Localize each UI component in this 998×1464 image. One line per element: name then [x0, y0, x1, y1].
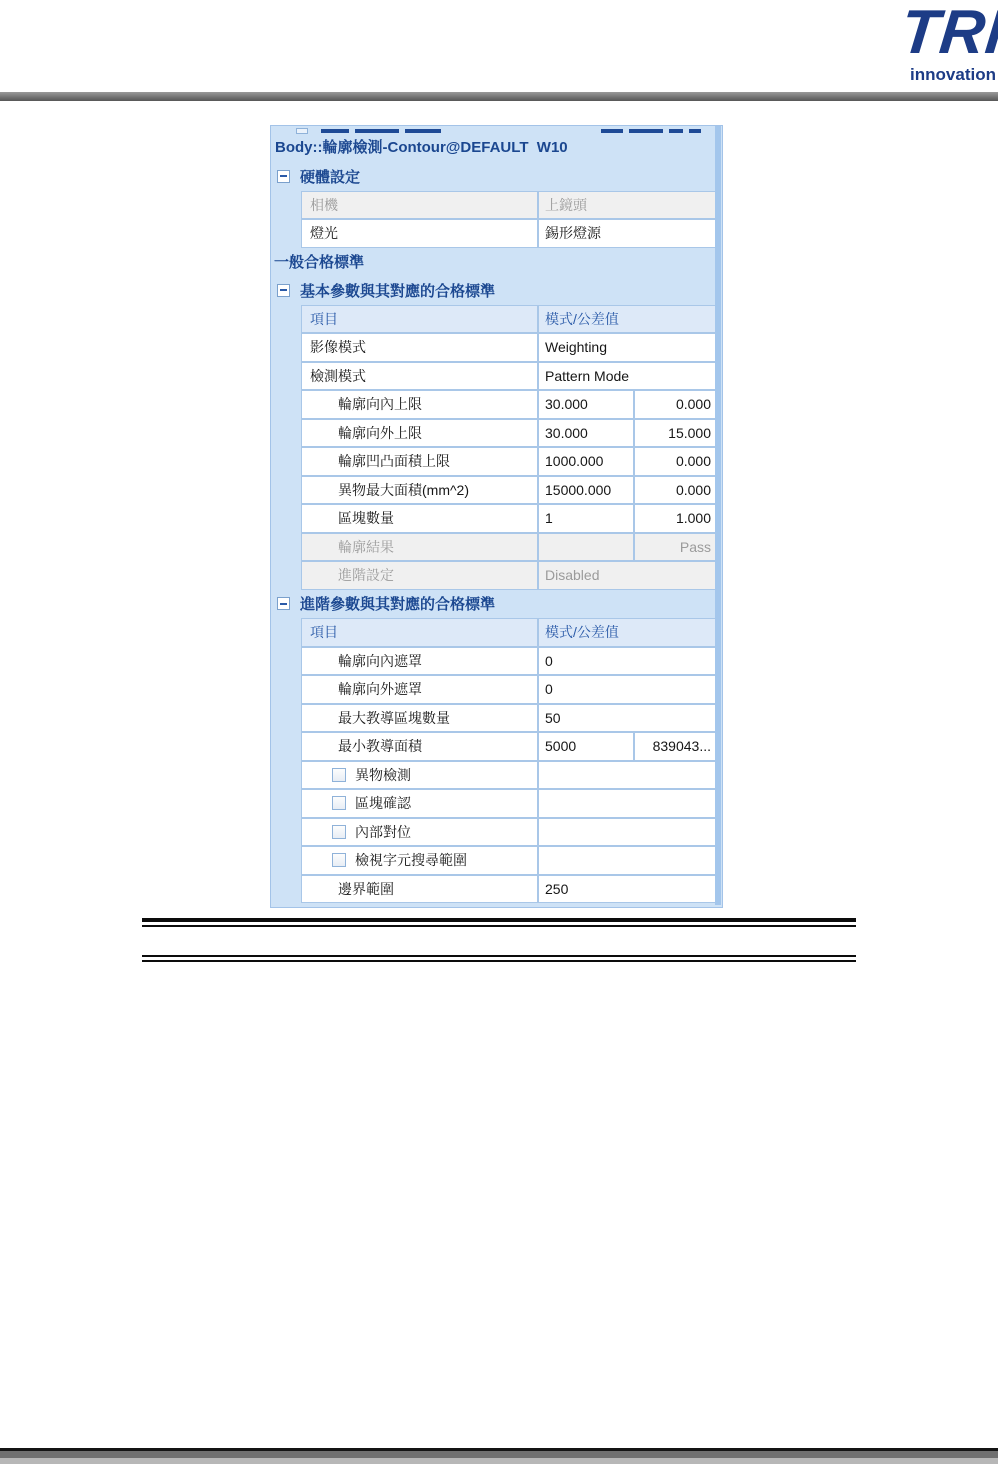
property-label: 輪廓凹凸面積上限 — [301, 447, 538, 476]
header-divider — [0, 92, 998, 101]
property-row: 異物檢測 — [271, 761, 722, 790]
property-mode-value[interactable]: 15000.000 — [538, 476, 634, 505]
property-label: 區塊數量 — [301, 504, 538, 533]
collapse-minus-icon[interactable] — [277, 597, 290, 610]
property-label: 輪廓向內遮罩 — [301, 647, 538, 676]
property-mode-value[interactable] — [538, 533, 634, 562]
section-row: 一般合格標準 — [271, 248, 722, 277]
property-label: 檢視字元搜尋範圍 — [301, 846, 538, 875]
property-mode-value[interactable]: 1 — [538, 504, 634, 533]
property-label: 影像模式 — [301, 333, 538, 362]
checkbox-unchecked[interactable] — [332, 853, 346, 867]
property-row: 輪廓向內遮罩0 — [271, 647, 722, 676]
property-value[interactable]: 50 — [538, 704, 718, 733]
property-label: 最大教導區塊數量 — [301, 704, 538, 733]
checkbox-unchecked[interactable] — [332, 768, 346, 782]
property-row: 檢測模式Pattern Mode — [271, 362, 722, 391]
column-header-value: 模式/公差值 — [538, 618, 718, 647]
property-panel: Body::輪廓檢測-Contour@DEFAULT W10 硬體設定相機上鏡頭… — [270, 125, 723, 908]
property-tolerance-value[interactable]: Pass — [634, 533, 718, 562]
property-label: 輪廓向外遮罩 — [301, 675, 538, 704]
column-header-value: 模式/公差值 — [538, 305, 718, 334]
property-value[interactable]: 上鏡頭 — [538, 191, 718, 220]
property-row: 最小教導面積5000839043... — [271, 732, 722, 761]
property-row: 燈光錫形燈源 — [271, 219, 722, 248]
property-value[interactable]: 0 — [538, 675, 718, 704]
column-header-row: 項目模式/公差值 — [271, 618, 722, 647]
checkbox-label: 異物檢測 — [355, 762, 411, 788]
section-row: 進階參數與其對應的合格標準 — [271, 590, 722, 619]
property-tolerance-value[interactable]: 839043... — [634, 732, 718, 761]
property-value[interactable] — [538, 789, 718, 818]
property-mode-value[interactable]: 5000 — [538, 732, 634, 761]
property-row: 區塊數量11.000 — [271, 504, 722, 533]
section-label: 硬體設定 — [300, 166, 360, 187]
property-value[interactable]: 0 — [538, 647, 718, 676]
document-page: TRI innovation Body::輪廓檢測-Contour@DEFAUL… — [0, 0, 998, 1464]
property-row: 輪廓向外遮罩0 — [271, 675, 722, 704]
property-mode-value[interactable]: 30.000 — [538, 390, 634, 419]
table-border-top — [142, 918, 856, 927]
property-value[interactable]: 250 — [538, 875, 718, 904]
property-row: 輪廓結果Pass — [271, 533, 722, 562]
property-label: 異物檢測 — [301, 761, 538, 790]
checkbox-label: 區塊確認 — [355, 790, 411, 816]
property-tolerance-value[interactable]: 0.000 — [634, 476, 718, 505]
property-value[interactable] — [538, 818, 718, 847]
property-row: 最大教導區塊數量50 — [271, 704, 722, 733]
collapse-minus-icon[interactable] — [277, 284, 290, 297]
property-label: 輪廓向內上限 — [301, 390, 538, 419]
property-label: 異物最大面積(mm^2) — [301, 476, 538, 505]
clipped-row — [271, 126, 722, 134]
checkbox-label: 內部對位 — [355, 819, 411, 845]
checkbox-label: 檢視字元搜尋範圍 — [355, 847, 467, 873]
property-label: 輪廓向外上限 — [301, 419, 538, 448]
panel-title: Body::輪廓檢測-Contour@DEFAULT W10 — [271, 134, 722, 162]
tri-logo: TRI innovation — [866, 2, 998, 84]
property-label: 輪廓結果 — [301, 533, 538, 562]
property-value[interactable]: 錫形燈源 — [538, 219, 718, 248]
section-row: 硬體設定 — [271, 162, 722, 191]
table-border-bottom — [142, 955, 856, 962]
tri-logo-text: TRI — [863, 2, 998, 64]
property-value[interactable]: Disabled — [538, 561, 718, 590]
property-row: 異物最大面積(mm^2)15000.0000.000 — [271, 476, 722, 505]
property-tolerance-value[interactable]: 0.000 — [634, 390, 718, 419]
property-row: 檢視字元搜尋範圍 — [271, 846, 722, 875]
property-mode-value[interactable]: 1000.000 — [538, 447, 634, 476]
section-row: 基本參數與其對應的合格標準 — [271, 276, 722, 305]
property-label: 進階設定 — [301, 561, 538, 590]
scrollbar[interactable] — [715, 126, 721, 905]
property-row: 相機上鏡頭 — [271, 191, 722, 220]
checkbox-unchecked[interactable] — [332, 825, 346, 839]
property-row: 進階設定Disabled — [271, 561, 722, 590]
section-label: 基本參數與其對應的合格標準 — [300, 280, 495, 301]
footer-gray-bar — [0, 1451, 998, 1458]
property-tolerance-value[interactable]: 15.000 — [634, 419, 718, 448]
clipped-collapse-icon — [296, 128, 308, 134]
property-rows: 硬體設定相機上鏡頭燈光錫形燈源一般合格標準基本參數與其對應的合格標準項目模式/公… — [271, 162, 722, 903]
collapse-minus-icon[interactable] — [277, 170, 290, 183]
column-header-item: 項目 — [301, 305, 538, 334]
property-row: 區塊確認 — [271, 789, 722, 818]
property-label: 燈光 — [301, 219, 538, 248]
property-label: 最小教導面積 — [301, 732, 538, 761]
property-label: 邊界範圍 — [301, 875, 538, 904]
checkbox-unchecked[interactable] — [332, 796, 346, 810]
property-row: 輪廓向內上限30.0000.000 — [271, 390, 722, 419]
property-row: 邊界範圍250 — [271, 875, 722, 904]
column-header-row: 項目模式/公差值 — [271, 305, 722, 334]
property-value[interactable]: Weighting — [538, 333, 718, 362]
property-value[interactable] — [538, 761, 718, 790]
property-value[interactable] — [538, 846, 718, 875]
section-label: 一般合格標準 — [274, 251, 364, 272]
tri-logo-subtext: innovation — [866, 66, 996, 84]
property-row: 輪廓凹凸面積上限1000.0000.000 — [271, 447, 722, 476]
property-tolerance-value[interactable]: 1.000 — [634, 504, 718, 533]
column-header-item: 項目 — [301, 618, 538, 647]
property-tolerance-value[interactable]: 0.000 — [634, 447, 718, 476]
property-label: 內部對位 — [301, 818, 538, 847]
page-footer — [0, 1448, 998, 1464]
property-label: 檢測模式 — [301, 362, 538, 391]
property-label: 區塊確認 — [301, 789, 538, 818]
property-label: 相機 — [301, 191, 538, 220]
property-mode-value[interactable]: 30.000 — [538, 419, 634, 448]
footer-light-bar — [0, 1458, 998, 1464]
property-row: 內部對位 — [271, 818, 722, 847]
property-value[interactable]: Pattern Mode — [538, 362, 718, 391]
property-row: 輪廓向外上限30.00015.000 — [271, 419, 722, 448]
section-label: 進階參數與其對應的合格標準 — [300, 593, 495, 614]
property-row: 影像模式Weighting — [271, 333, 722, 362]
